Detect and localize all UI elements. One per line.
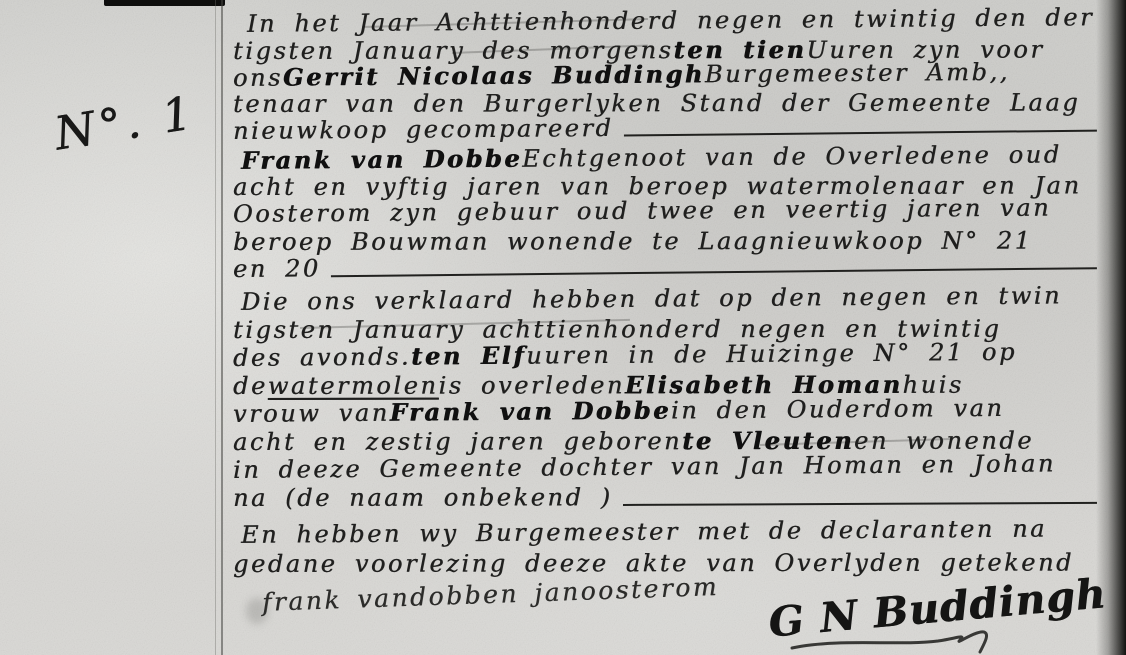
act-line-text: na (de naam onbekend ): [233, 483, 613, 512]
act-line: In het Jaar Achttienhonderd negen en twi…: [233, 4, 1099, 38]
paragraph-declarants: Frank van Dobbe Echtgenoot van de Overle…: [233, 145, 1099, 283]
paragraph-opening: In het Jaar Achttienhonderd negen en twi…: [233, 5, 1099, 145]
scan-binding-shadow: [1096, 0, 1126, 655]
act-line: vrouw van Frank van Dobbe in den Ouderdo…: [233, 393, 1099, 428]
margin-rule-line-light: [215, 0, 216, 655]
act-line-text: en 20: [233, 255, 321, 283]
signature-flourish: [788, 628, 998, 654]
act-number: N°. 1: [51, 85, 199, 161]
margin-rule-line: [221, 0, 223, 655]
act-line: Oosterom zyn gebuur oud twee en veertig …: [233, 195, 1099, 229]
ruled-fill-line: [624, 130, 1097, 137]
act-line: na (de naam onbekend ): [233, 482, 1099, 512]
act-line: en 20: [233, 249, 1099, 283]
act-line-text: nieuwkoop gecompareerd: [233, 115, 614, 145]
act-line: ons Gerrit Nicolaas Buddingh Burgemeeste…: [233, 58, 1099, 92]
scan-edge-bar: [104, 0, 225, 6]
act-line: Frank van Dobbe Echtgenoot van de Overle…: [233, 140, 1099, 174]
act-line: nieuwkoop gecompareerd: [233, 111, 1099, 145]
ruled-fill-line: [623, 502, 1097, 506]
act-line: En hebben wy Burgemeester met de declara…: [233, 514, 1099, 550]
scanned-death-record-page: N°. 1 In het Jaar Achttienhonderd negen …: [0, 0, 1126, 655]
act-line: in deeze Gemeente dochter van Jan Homan …: [233, 449, 1099, 484]
paragraph-closing: En hebben wy Burgemeester met de declara…: [233, 512, 1099, 579]
act-line: des avonds. ten Elf uuren in de Huizinge…: [233, 337, 1099, 372]
act-body: In het Jaar Achttienhonderd negen en twi…: [233, 5, 1099, 579]
act-line: Die ons verklaard hebben dat op den nege…: [233, 281, 1099, 316]
paragraph-declaration: Die ons verklaard hebben dat op den nege…: [233, 283, 1099, 512]
ruled-fill-line: [331, 267, 1097, 277]
